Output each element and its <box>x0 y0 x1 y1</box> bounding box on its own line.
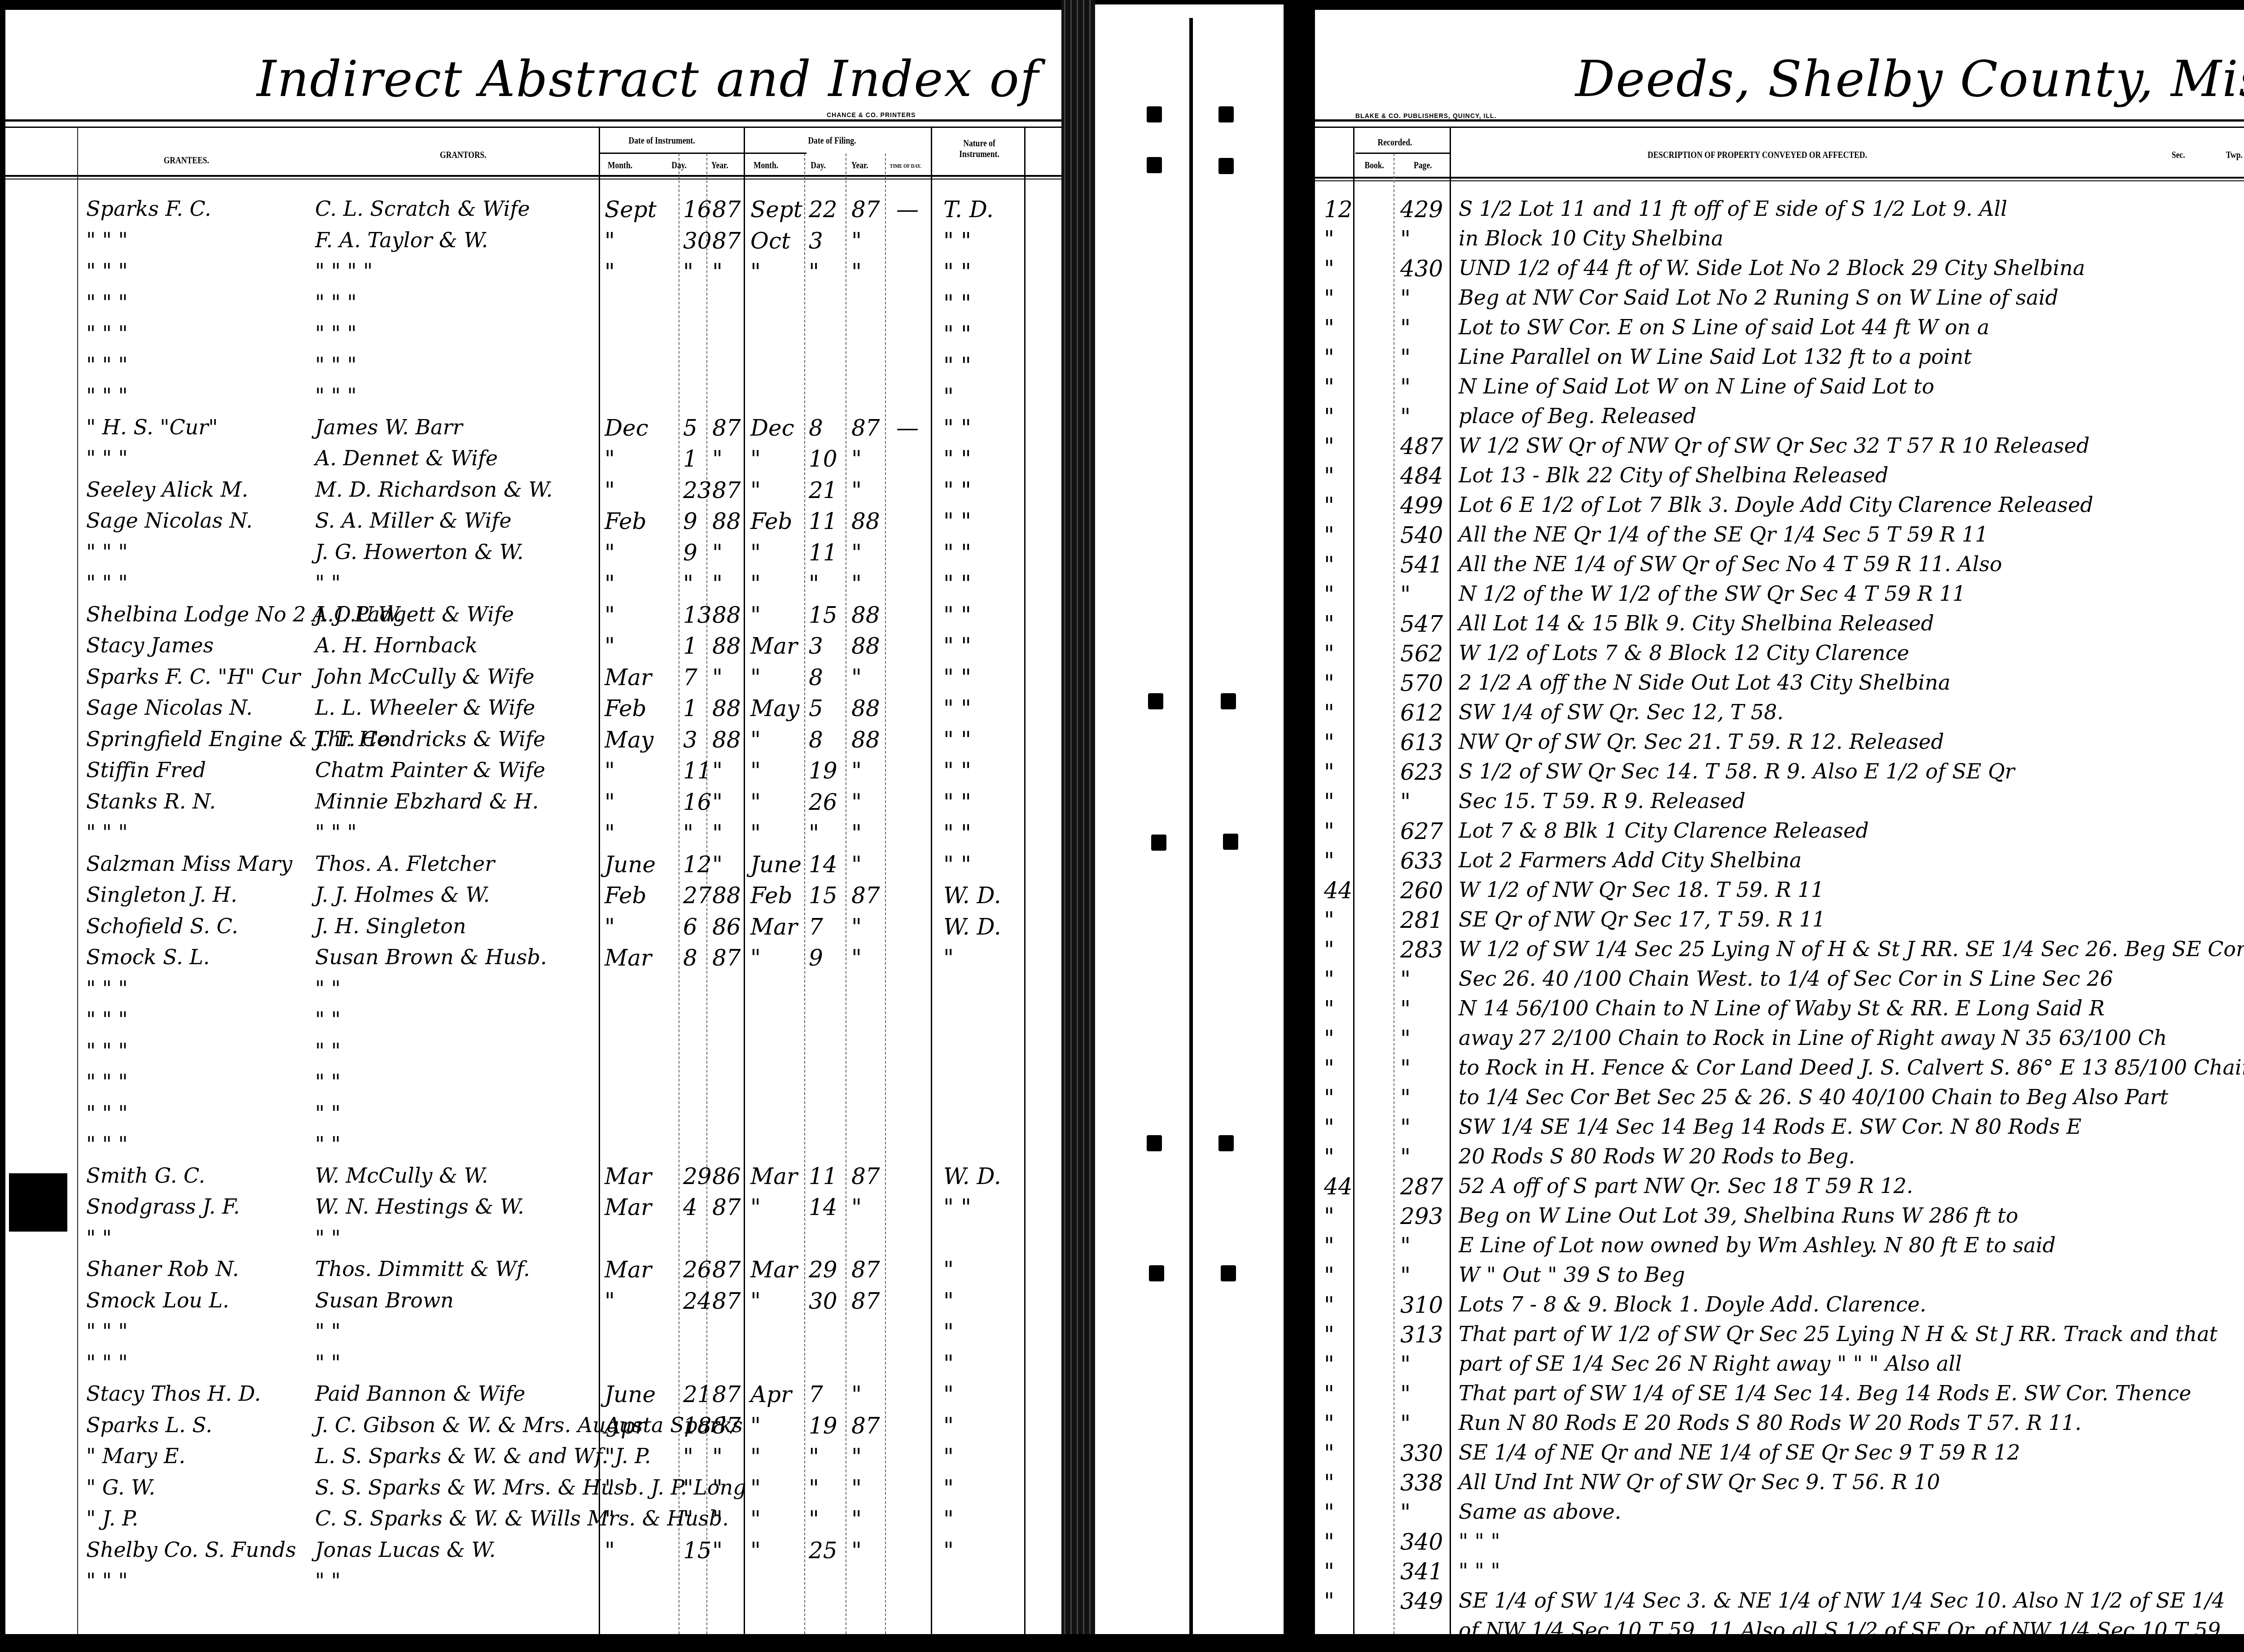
grantor-name: Thos. A. Fletcher <box>315 853 495 874</box>
grantee-name: Sage Nicolas N. <box>86 697 253 718</box>
col-rule-day <box>679 153 679 1634</box>
grantor-name: J. G. Howerton & W. <box>315 542 524 562</box>
filing-month: " <box>750 448 761 470</box>
instrument-month: " <box>605 479 615 502</box>
filing-year: " <box>851 542 862 564</box>
instrument-month: June <box>605 1383 656 1406</box>
header-time-of-day: TIME OF DAY. <box>890 162 921 170</box>
page-number: 341 <box>1400 1560 1443 1583</box>
filing-day: 26 <box>809 791 837 813</box>
property-description: Sec 15. T 59. R 9. Released <box>1459 791 1745 811</box>
page-number: 541 <box>1400 554 1443 576</box>
instrument-month: Mar <box>605 1259 652 1281</box>
page-number: 283 <box>1400 939 1443 961</box>
property-description: part of SE 1/4 Sec 26 N Right away " " "… <box>1459 1353 1962 1374</box>
instrument-month: " <box>605 1508 615 1530</box>
grantee-name: Stacy Thos H. D. <box>86 1383 261 1404</box>
filing-year: " <box>851 947 862 969</box>
filing-year: 87 <box>851 884 880 907</box>
header-top-rule <box>1315 119 2244 122</box>
property-description: S 1/2 Lot 11 and 11 ft off of E side of … <box>1459 198 2007 219</box>
page-number: 293 <box>1400 1205 1443 1228</box>
col-rule-margin <box>1353 127 1354 1639</box>
page-number: " <box>1400 1353 1411 1376</box>
property-description: SE 1/4 of NE Qr and NE 1/4 of SE Qr Sec … <box>1459 1442 2020 1463</box>
book-number: " <box>1324 1027 1334 1050</box>
nature-of-instrument: " <box>943 1508 954 1530</box>
binding-hole <box>1147 1135 1162 1151</box>
page-number: 330 <box>1400 1442 1443 1464</box>
filing-day: 8 <box>809 666 823 689</box>
instrument-month: Mar <box>605 1196 652 1219</box>
col-rule-page-end <box>1450 127 1451 1639</box>
page-number: 627 <box>1400 820 1443 843</box>
page-number: " <box>1400 1264 1411 1287</box>
page-number: 484 <box>1400 465 1443 487</box>
filing-month: " <box>750 1539 761 1562</box>
filing-day: 25 <box>809 1539 837 1562</box>
instrument-month: Mar <box>605 1165 652 1188</box>
filing-day: 14 <box>809 853 837 876</box>
header-bottom-rule-2 <box>5 179 1067 179</box>
grantor-name: " " <box>315 1228 341 1248</box>
grantor-name: " " " <box>315 354 357 375</box>
page-number: " <box>1400 1412 1411 1435</box>
filing-year: " <box>851 1539 862 1562</box>
instrument-year: " <box>712 573 723 595</box>
left-ledger-page: Indirect Abstract and Index of CHANCE & … <box>0 10 1067 1639</box>
instrument-day: 9 <box>683 510 697 533</box>
grantee-name: Stiffin Fred <box>86 760 206 780</box>
nature-of-instrument: W. D. <box>943 1165 1001 1188</box>
grantor-name: A. Dennet & Wife <box>315 448 498 468</box>
grantor-name: J. J. Holmes & W. <box>315 884 490 905</box>
nature-of-instrument: " " <box>943 573 971 595</box>
col-rule-margin <box>77 127 78 1639</box>
property-description: N Line of Said Lot W on N Line of Said L… <box>1459 376 1934 397</box>
instrument-year: 87 <box>712 1415 741 1437</box>
filing-day: " <box>809 573 819 595</box>
grantor-name: A. H. Hornback <box>315 635 478 656</box>
grantee-name: " " " <box>86 385 128 406</box>
property-description: Lot 7 & 8 Blk 1 City Clarence Released <box>1459 820 1869 841</box>
instrument-month: June <box>605 853 656 876</box>
filing-month: Dec <box>750 417 794 439</box>
instrument-year: 87 <box>712 1259 741 1281</box>
page-number: 613 <box>1400 731 1443 754</box>
nature-of-instrument: " " <box>943 542 971 564</box>
nature-of-instrument: " " <box>943 760 971 782</box>
instrument-day: 30 <box>683 230 712 252</box>
instrument-year: 88 <box>712 729 741 751</box>
book-number: " <box>1324 820 1334 843</box>
grantor-name: Jonas Lucas & W. <box>315 1539 495 1560</box>
page-number: 429 <box>1400 198 1443 221</box>
filing-day: 8 <box>809 729 823 751</box>
page-number: 499 <box>1400 494 1443 517</box>
header-top-rule <box>5 119 1067 122</box>
filing-year: " <box>851 853 862 876</box>
instrument-year: 87 <box>712 198 741 221</box>
nature-of-instrument: " " <box>943 666 971 689</box>
book-number: " <box>1324 287 1334 310</box>
grantee-name: Sparks F. C. "H" Cur <box>86 666 300 687</box>
filing-month: Mar <box>750 1259 798 1281</box>
binding-hole <box>1218 106 1234 122</box>
filing-month: " <box>750 1446 761 1468</box>
filing-month: " <box>750 1290 761 1312</box>
instrument-year: 88 <box>712 604 741 626</box>
instrument-month: " <box>605 760 615 782</box>
grantee-name: Smock Lou L. <box>86 1290 229 1311</box>
book-number: " <box>1324 1146 1334 1168</box>
book-number: " <box>1324 406 1334 428</box>
book-number: " <box>1324 613 1334 635</box>
filing-day: " <box>809 261 819 283</box>
property-description: That part of W 1/2 of SW Qr Sec 25 Lying… <box>1459 1324 2218 1344</box>
instrument-month: " <box>605 261 615 283</box>
nature-of-instrument: " " <box>943 1196 971 1219</box>
grantor-name: F. A. Taylor & W. <box>315 230 488 250</box>
instrument-year: " <box>712 1539 723 1562</box>
header-filing-month: Month. <box>754 159 778 171</box>
filing-month: " <box>750 666 761 689</box>
nature-of-instrument: " " <box>943 261 971 283</box>
book-number: " <box>1324 435 1334 458</box>
property-description: 20 Rods S 80 Rods W 20 Rods to Beg. <box>1459 1146 1855 1167</box>
instrument-year: " <box>712 1446 723 1468</box>
grantor-name: " " <box>315 1321 341 1342</box>
instrument-day: 16 <box>683 791 712 813</box>
filing-year: " <box>851 261 862 283</box>
page-number: " <box>1400 317 1411 339</box>
property-description: SW 1/4 of SW Qr. Sec 12, T 58. <box>1459 702 1784 722</box>
header-grantees: GRANTEES. <box>164 154 209 166</box>
instrument-year: " <box>712 448 723 470</box>
page-number: " <box>1400 1501 1411 1524</box>
book-number: " <box>1324 1324 1334 1346</box>
book-number: " <box>1324 1442 1334 1464</box>
instrument-day: 3 <box>683 729 697 751</box>
filing-day: 15 <box>809 884 837 907</box>
book-number: " <box>1324 850 1334 872</box>
instrument-month: " <box>605 635 615 657</box>
nature-of-instrument: " " <box>943 448 971 470</box>
instrument-day: " <box>683 822 693 844</box>
nature-of-instrument: " " <box>943 479 971 502</box>
page-number: " <box>1400 406 1411 428</box>
property-description: Run N 80 Rods E 20 Rods S 80 Rods W 20 R… <box>1459 1412 2082 1433</box>
nature-of-instrument: W. D. <box>943 884 1001 907</box>
grantee-name: Shaner Rob N. <box>86 1259 239 1279</box>
scan-border-bottom <box>0 1634 2244 1652</box>
header-page: Page. <box>1414 159 1432 171</box>
grantee-name: " " " <box>86 542 128 562</box>
filing-day: 15 <box>809 604 837 626</box>
header-nature-of-instrument: Nature of Instrument. <box>947 138 1012 159</box>
instrument-day: 16 <box>683 198 712 221</box>
book-number: " <box>1324 1264 1334 1287</box>
book-number: " <box>1324 524 1334 546</box>
filing-year: 87 <box>851 1259 880 1281</box>
instrument-year: 87 <box>712 417 741 439</box>
nature-of-instrument: " <box>943 1539 954 1562</box>
grantee-name: " " " <box>86 1321 128 1342</box>
filing-month: Feb <box>750 510 793 533</box>
filing-year: " <box>851 916 862 938</box>
book-number: " <box>1324 1472 1334 1494</box>
filing-month: " <box>750 1196 761 1219</box>
grantee-name: " " " <box>86 573 128 593</box>
book-number: " <box>1324 1205 1334 1228</box>
page-number: 281 <box>1400 909 1443 931</box>
filing-year: " <box>851 791 862 813</box>
filing-day: 7 <box>809 916 823 938</box>
binding-hole <box>1223 834 1238 850</box>
nature-of-instrument: " " <box>943 292 971 315</box>
property-description: Lot 2 Farmers Add City Shelbina <box>1459 850 1802 870</box>
page-number: " <box>1400 968 1411 991</box>
instrument-year: " <box>712 542 723 564</box>
header-filing-day: Day. <box>811 159 826 171</box>
right-ledger-page: Deeds, Shelby County, Missouri. BLAKE & … <box>1315 10 2244 1639</box>
filing-year: " <box>851 1508 862 1530</box>
nature-of-instrument: " <box>943 1446 954 1468</box>
property-description: place of Beg. Released <box>1459 406 1696 426</box>
header-book: Book. <box>1364 159 1384 171</box>
instrument-day: 1 <box>683 448 697 470</box>
page-number: 623 <box>1400 761 1443 783</box>
grantee-name: " Mary E. <box>86 1446 185 1466</box>
index-tab <box>9 1173 67 1232</box>
grantor-name: J. C. Gibson & W. & Mrs. Augusta Sparks <box>315 1415 743 1435</box>
property-description: N 14 56/100 Chain to N Line of Waby St &… <box>1459 998 2104 1018</box>
header-top-rule-2 <box>5 127 1067 128</box>
grantor-name: " " <box>315 1352 341 1373</box>
nature-of-instrument: " " <box>943 323 971 345</box>
filing-month: " <box>750 947 761 969</box>
filing-month: June <box>750 853 802 876</box>
grantor-name: L. L. Wheeler & Wife <box>315 697 535 718</box>
page-number: " <box>1400 791 1411 813</box>
property-description: N 1/2 of the W 1/2 of the SW Qr Sec 4 T … <box>1459 583 1966 604</box>
book-number: " <box>1324 583 1334 606</box>
instrument-month: " <box>605 1539 615 1562</box>
filing-month: " <box>750 542 761 564</box>
property-description: E Line of Lot now owned by Wm Ashley. N … <box>1459 1235 2056 1255</box>
page-number: " <box>1400 998 1411 1020</box>
grantor-name: Thos. Dimmitt & Wf. <box>315 1259 530 1279</box>
book-number: " <box>1324 731 1334 754</box>
page-number: 612 <box>1400 702 1443 724</box>
grantee-name: Salzman Miss Mary <box>86 853 292 874</box>
instrument-day: " <box>683 1477 693 1499</box>
filing-year: 87 <box>851 1290 880 1312</box>
filing-year: 87 <box>851 1415 880 1437</box>
book-number: " <box>1324 702 1334 724</box>
grantee-name: " " " <box>86 1134 128 1154</box>
instrument-year: 88 <box>712 635 741 657</box>
instrument-year: 87 <box>712 479 741 502</box>
col-rule-book-page <box>1394 153 1394 1634</box>
grantee-name: " " " <box>86 354 128 375</box>
filing-year: " <box>851 1196 862 1219</box>
nature-of-instrument: " <box>943 1477 954 1499</box>
filing-year: " <box>851 822 862 844</box>
instrument-year: 86 <box>712 1165 741 1188</box>
filing-month: " <box>750 261 761 283</box>
instrument-year: 87 <box>712 230 741 252</box>
grantor-name: " " <box>315 1570 341 1591</box>
book-number: " <box>1324 1531 1334 1553</box>
book-number: " <box>1324 1294 1334 1316</box>
filing-month: Sept <box>750 198 802 221</box>
binding-fold <box>1189 18 1193 1652</box>
property-description: Sec 26. 40 /100 Chain West. to 1/4 of Se… <box>1459 968 2113 989</box>
filing-month: Feb <box>750 884 793 907</box>
grantee-name: " " " <box>86 323 128 344</box>
property-description: W " Out " 39 S to Beg <box>1459 1264 1685 1285</box>
nature-of-instrument: " " <box>943 230 971 252</box>
grantor-name: Paid Bannon & Wife <box>315 1383 526 1404</box>
printer-credit: CHANCE & CO. PRINTERS <box>827 111 916 118</box>
book-number: " <box>1324 1560 1334 1583</box>
filing-year: " <box>851 1477 862 1499</box>
filing-month: " <box>750 604 761 626</box>
binding-hole <box>1151 835 1166 851</box>
instrument-day: 29 <box>683 1165 712 1188</box>
book-number: " <box>1324 317 1334 339</box>
book-number: " <box>1324 1087 1334 1109</box>
filing-day: 9 <box>809 947 823 969</box>
col-rule-fday <box>804 153 805 1634</box>
binding-hole <box>1221 1265 1236 1281</box>
filing-time: — <box>896 198 919 221</box>
header-twp: Twp. <box>2226 149 2243 161</box>
filing-year: " <box>851 760 862 782</box>
header-sec: Sec. <box>2172 149 2185 161</box>
binding-hole <box>1147 106 1162 122</box>
header-day: Day. <box>671 159 687 171</box>
page-number: 570 <box>1400 672 1443 695</box>
filing-year: 88 <box>851 635 880 657</box>
grantor-name: " " " <box>315 822 357 843</box>
instrument-day: 15 <box>683 1539 712 1562</box>
page-number: " <box>1400 346 1411 369</box>
page-number: 313 <box>1400 1324 1443 1346</box>
filing-month: " <box>750 1477 761 1499</box>
instrument-day: 11 <box>683 760 712 782</box>
filing-month: Oct <box>750 230 790 252</box>
filing-month: " <box>750 1415 761 1437</box>
instrument-day: " <box>683 1446 693 1468</box>
property-description: Lots 7 - 8 & 9. Block 1. Doyle Add. Clar… <box>1459 1294 1926 1315</box>
header-top-rule-2 <box>1315 127 2244 128</box>
date-group-rule <box>600 153 806 154</box>
instrument-day: 1 <box>683 635 697 657</box>
binding-hole <box>1221 693 1236 709</box>
book-number: " <box>1324 554 1334 576</box>
property-description: W 1/2 SW Qr of NW Qr of SW Qr Sec 32 T 5… <box>1459 435 2090 456</box>
nature-of-instrument: " <box>943 385 954 408</box>
filing-month: " <box>750 791 761 813</box>
book-number: " <box>1324 376 1334 398</box>
filing-year: " <box>851 1383 862 1406</box>
book-number: 44 <box>1324 1176 1353 1198</box>
filing-day: 8 <box>809 417 823 439</box>
grantee-name: " " " <box>86 1071 128 1092</box>
grantee-name: Seeley Alick M. <box>86 479 248 500</box>
book-number: " <box>1324 1057 1334 1079</box>
col-rule-time <box>885 153 886 1634</box>
nature-of-instrument: " <box>943 1259 954 1281</box>
instrument-day: 26 <box>683 1259 712 1281</box>
nature-of-instrument: " <box>943 1321 954 1343</box>
instrument-day: " <box>683 573 693 595</box>
instrument-month: May <box>605 729 653 751</box>
grantor-name: S. A. Miller & Wife <box>315 510 512 531</box>
filing-day: 29 <box>809 1259 837 1281</box>
grantee-name: Sage Nicolas N. <box>86 510 253 531</box>
filing-month: Mar <box>750 916 798 938</box>
instrument-year: 88 <box>712 510 741 533</box>
col-rule-nature-end <box>1024 127 1026 1639</box>
page-number: 430 <box>1400 258 1443 280</box>
grantor-name: James W. Barr <box>315 417 463 437</box>
filing-month: " <box>750 822 761 844</box>
grantee-name: Shelby Co. S. Funds <box>86 1539 296 1560</box>
filing-day: 10 <box>809 448 837 470</box>
instrument-year: " <box>712 822 723 844</box>
property-description: Beg at NW Cor Said Lot No 2 Runing S on … <box>1459 287 2058 308</box>
instrument-month: Mar <box>605 666 652 689</box>
page-number: " <box>1400 376 1411 398</box>
grantor-name: C. L. Scratch & Wife <box>315 198 530 219</box>
page-number: 487 <box>1400 435 1443 458</box>
filing-day: " <box>809 1446 819 1468</box>
grantee-name: " " " <box>86 448 128 468</box>
page-number: 547 <box>1400 613 1443 635</box>
instrument-year: 87 <box>712 1383 741 1406</box>
grantee-name: Sparks F. C. <box>86 198 211 219</box>
grantee-name: Smock S. L. <box>86 947 210 967</box>
instrument-day: 7 <box>683 666 697 689</box>
nature-of-instrument: " " <box>943 604 971 626</box>
book-number: " <box>1324 672 1334 695</box>
property-description: Lot 6 E 1/2 of Lot 7 Blk 3. Doyle Add Ci… <box>1459 494 2093 515</box>
left-page-title: Indirect Abstract and Index of <box>257 50 1039 108</box>
property-description: to Rock in H. Fence & Cor Land Deed J. S… <box>1459 1057 2244 1078</box>
filing-day: 5 <box>809 697 823 720</box>
binding-hole <box>1149 1265 1164 1281</box>
grantor-name: " " <box>315 1134 341 1154</box>
nature-of-instrument: " " <box>943 729 971 751</box>
nature-of-instrument: " " <box>943 635 971 657</box>
filing-year: " <box>851 479 862 502</box>
book-number: " <box>1324 465 1334 487</box>
grantee-name: " " " <box>86 230 128 250</box>
col-rule-grantors-end <box>599 127 600 1639</box>
instrument-month: " <box>605 916 615 938</box>
book-number: " <box>1324 1116 1334 1139</box>
filing-year: 88 <box>851 604 880 626</box>
filing-year: " <box>851 448 862 470</box>
instrument-month: Sept <box>605 198 657 221</box>
page-number: " <box>1400 1116 1411 1139</box>
instrument-day: " <box>683 261 693 283</box>
property-description: Lot to SW Cor. E on S Line of said Lot 4… <box>1459 317 1990 337</box>
filing-year: 87 <box>851 1165 880 1188</box>
